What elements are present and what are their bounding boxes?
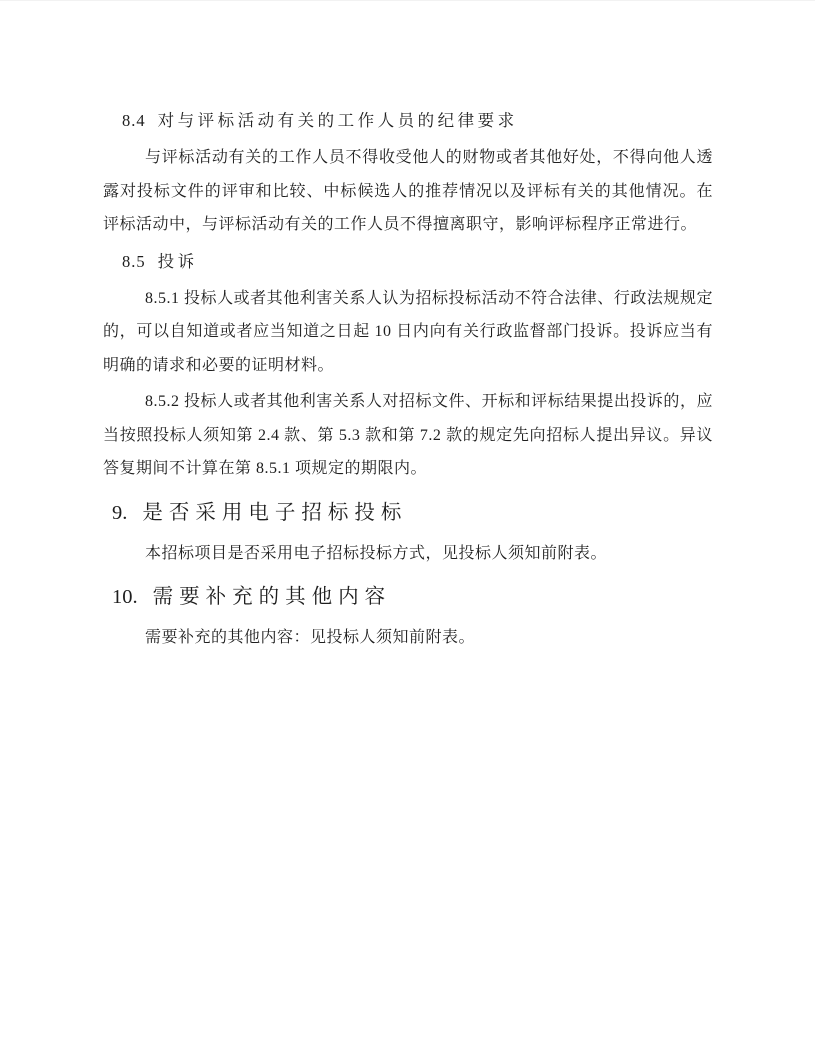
section-title: 是否采用电子招标投标 <box>142 502 407 524</box>
section-title: 需要补充的其他内容 <box>153 586 392 608</box>
section-heading: 9.是否采用电子招标投标 <box>103 492 713 534</box>
subsection-heading: 8.4对与评标活动有关的工作人员的纪律要求 <box>103 104 713 138</box>
section-title: 对与评标活动有关的工作人员的纪律要求 <box>158 111 518 130</box>
section-number: 9. <box>112 502 127 524</box>
section-number: 8.4 <box>122 111 146 130</box>
section-number: 8.5 <box>122 252 146 271</box>
document-page: 8.4对与评标活动有关的工作人员的纪律要求与评标活动有关的工作人员不得收受他人的… <box>0 0 815 1055</box>
section-heading: 10.需要补充的其他内容 <box>103 576 713 618</box>
paragraph: 8.5.1 投标人或者其他利害关系人认为招标投标活动不符合法律、行政法规规定的，… <box>103 282 713 383</box>
section-number: 10. <box>112 586 138 608</box>
paragraph: 与评标活动有关的工作人员不得收受他人的财物或者其他好处，不得向他人透露对投标文件… <box>103 141 713 242</box>
paragraph: 需要补充的其他内容：见投标人须知前附表。 <box>103 621 713 655</box>
paragraph: 8.5.2 投标人或者其他利害关系人对招标文件、开标和评标结果提出投诉的，应当按… <box>103 385 713 486</box>
paragraph: 本招标项目是否采用电子招标投标方式，见投标人须知前附表。 <box>103 537 713 571</box>
section-title: 投诉 <box>158 252 198 271</box>
subsection-heading: 8.5投诉 <box>103 245 713 279</box>
document-body: 8.4对与评标活动有关的工作人员的纪律要求与评标活动有关的工作人员不得收受他人的… <box>103 104 713 655</box>
